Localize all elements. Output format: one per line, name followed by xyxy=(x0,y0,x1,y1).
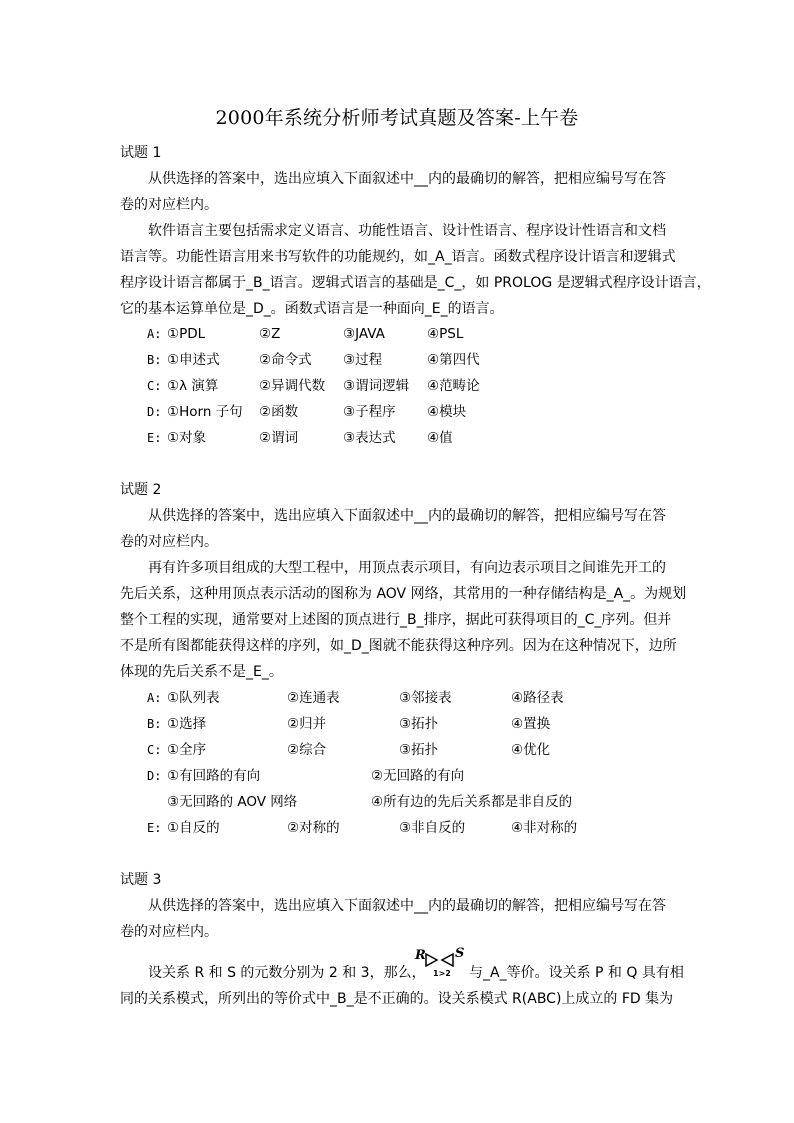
option-choice: ④非对称的 xyxy=(511,818,577,838)
option-choice: ④模块 xyxy=(427,402,466,422)
option-choice: ②无回路的有向 xyxy=(371,766,464,786)
question-1-body-line: 程序设计语言都属于_B_语言。逻辑式语言的基础是_C_，如 PROLOG 是逻辑… xyxy=(120,273,711,293)
question-3-heading: 试题 3 xyxy=(120,870,161,890)
question-1-instruction-line: 从供选择的答案中，选出应填入下面叙述中__内的最确切的解答，把相应编号写在答 xyxy=(148,169,666,189)
option-choice: ③邻接表 xyxy=(399,688,452,708)
option-choice: ④优化 xyxy=(511,740,550,760)
option-choice: ①选择 xyxy=(167,714,206,734)
option-choice: ③拓扑 xyxy=(399,714,438,734)
option-choice: ③非自反的 xyxy=(399,818,465,838)
option-choice: ①自反的 xyxy=(167,818,220,838)
join-condition: 1>2 xyxy=(433,969,451,978)
option-choice: ④置换 xyxy=(511,714,550,734)
option-label: D: xyxy=(147,402,161,422)
option-choice: ②综合 xyxy=(287,740,326,760)
option-choice: ①对象 xyxy=(167,428,206,448)
option-choice: ④值 xyxy=(427,428,453,448)
option-label: D: xyxy=(147,766,161,786)
option-label: E: xyxy=(147,428,161,448)
option-choice: ③JAVA xyxy=(343,324,385,344)
question-2-instruction-line: 卷的对应栏内。 xyxy=(120,532,218,552)
option-choice: ①申述式 xyxy=(167,350,220,370)
document-title: 2000年系统分析师考试真题及答案-上午卷 xyxy=(0,104,794,132)
question-2-body-line: 先后关系，这种用顶点表示活动的图称为 AOV 网络，其常用的一种存储结构是_A_… xyxy=(120,584,686,604)
option-label: C: xyxy=(147,376,161,396)
option-choice: ③过程 xyxy=(343,350,382,370)
option-choice: ③无回路的 AOV 网络 xyxy=(167,792,297,812)
option-label: A: xyxy=(147,688,161,708)
question-3-body-line: 设关系 R 和 S 的元数分别为 2 和 3，那么， xyxy=(148,963,426,983)
option-choice: ②对称的 xyxy=(287,818,340,838)
join-right-relation: S xyxy=(455,947,464,960)
option-choice: ①Horn 子句 xyxy=(167,402,243,422)
option-choice: ③谓词逻辑 xyxy=(343,376,409,396)
option-choice: ①PDL xyxy=(167,324,205,344)
question-3-instruction-line: 从供选择的答案中，选出应填入下面叙述中__内的最确切的解答，把相应编号写在答 xyxy=(148,896,666,916)
option-label: E: xyxy=(147,818,161,838)
option-choice: ②函数 xyxy=(259,402,298,422)
option-choice: ②Z xyxy=(259,324,280,344)
question-1-body-line: 语言等。功能性语言用来书写软件的功能规约，如_A_语言。函数式程序设计语言和逻辑… xyxy=(120,247,676,267)
option-choice: ④所有边的先后关系都是非自反的 xyxy=(371,792,572,812)
option-choice: ④PSL xyxy=(427,324,463,344)
question-1-instruction-line: 卷的对应栏内。 xyxy=(120,195,218,215)
question-1-body-line: 软件语言主要包括需求定义语言、功能性语言、设计性语言、程序设计性语言和文档 xyxy=(148,221,666,241)
join-bowtie-icon xyxy=(425,953,455,967)
question-2-instruction-line: 从供选择的答案中，选出应填入下面叙述中__内的最确切的解答，把相应编号写在答 xyxy=(148,506,666,526)
option-choice: ④路径表 xyxy=(511,688,564,708)
question-3-instruction-line: 卷的对应栏内。 xyxy=(120,922,218,942)
option-choice: ②归并 xyxy=(287,714,326,734)
theta-join-formula: R S 1>2 xyxy=(413,947,469,981)
option-choice: ②连通表 xyxy=(287,688,340,708)
question-3-body-line: 与_A_等价。设关系 P 和 Q 具有相 xyxy=(469,963,684,983)
option-choice: ④范畴论 xyxy=(427,376,480,396)
option-label: A: xyxy=(147,324,161,344)
option-choice: ②命令式 xyxy=(259,350,312,370)
option-choice: ③表达式 xyxy=(343,428,396,448)
option-label: C: xyxy=(147,740,161,760)
option-choice: ③子程序 xyxy=(343,402,396,422)
option-choice: ①λ 演算 xyxy=(167,376,218,396)
option-choice: ①全序 xyxy=(167,740,206,760)
option-choice: ④第四代 xyxy=(427,350,480,370)
question-2-body-line: 不是所有图都能获得这样的序列，如_D_图就不能获得这种序列。因为在这种情况下，边… xyxy=(120,636,677,656)
option-choice: ②谓词 xyxy=(259,428,298,448)
question-2-body-line: 体现的先后关系不是_E_。 xyxy=(120,662,283,682)
option-label: B: xyxy=(147,350,161,370)
document-page: 2000年系统分析师考试真题及答案-上午卷 试题 1 从供选择的答案中，选出应填… xyxy=(0,0,794,1123)
option-choice: ③拓扑 xyxy=(399,740,438,760)
question-2-body-line: 整个工程的实现，通常要对上述图的顶点进行_B_排序，据此可获得项目的_C_序列。… xyxy=(120,610,671,630)
question-3-body-line: 同的关系模式，所列出的等价式中_B_是不正确的。设关系模式 R(ABC)上成立的… xyxy=(120,989,673,1009)
question-2-body-line: 再有许多项目组成的大型工程中，用顶点表示项目，有向边表示项目之间谁先开工的 xyxy=(148,558,666,578)
option-choice: ②异调代数 xyxy=(259,376,325,396)
option-label: B: xyxy=(147,714,161,734)
question-1-heading: 试题 1 xyxy=(120,143,161,163)
question-2-heading: 试题 2 xyxy=(120,480,161,500)
option-choice: ①有回路的有向 xyxy=(167,766,260,786)
question-1-body-line: 它的基本运算单位是_D_。函数式语言是一种面向_E_的语言。 xyxy=(120,299,504,319)
option-choice: ①队列表 xyxy=(167,688,220,708)
